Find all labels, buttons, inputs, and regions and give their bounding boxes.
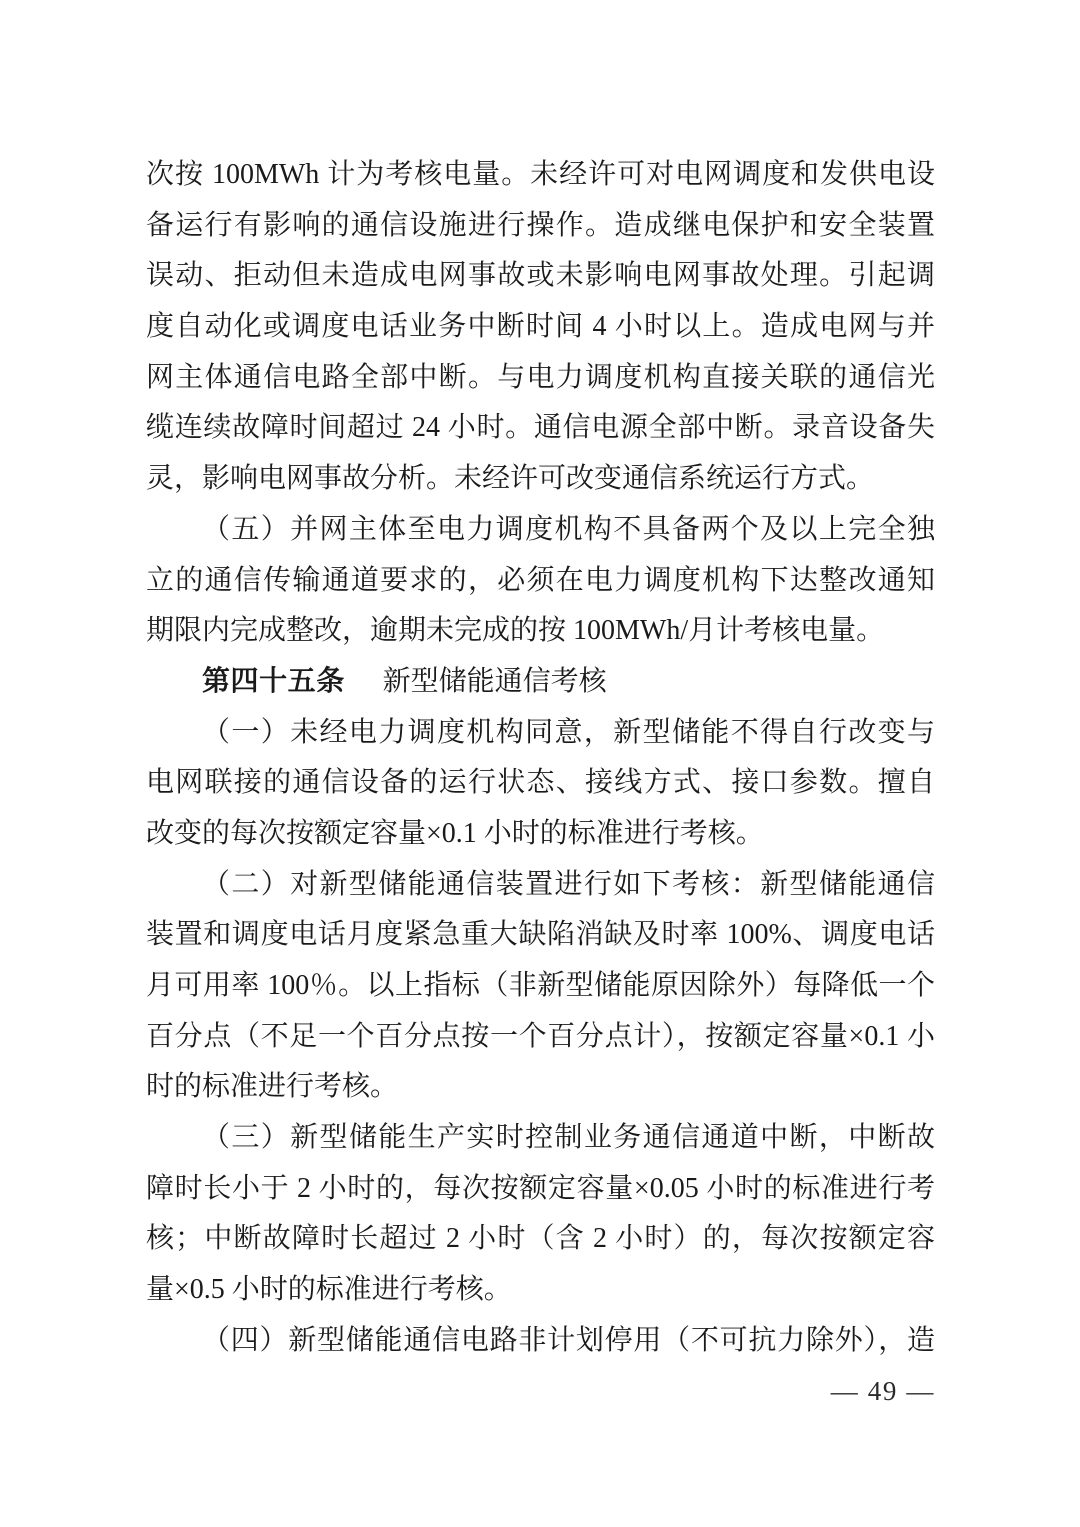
text-line: 电网联接的通信设备的运行状态、接线方式、接口参数。擅自 [146, 758, 935, 809]
text-line: 网主体通信电路全部中断。与电力调度机构直接关联的通信光 [146, 353, 935, 404]
text-line-item-2: （二）对新型储能通信装置进行如下考核：新型储能通信 [146, 860, 935, 911]
text-line: 装置和调度电话月度紧急重大缺陷消缺及时率 100%、调度电话 [146, 910, 935, 961]
text-line-item-1: （一）未经电力调度机构同意，新型储能不得自行改变与 [146, 708, 935, 759]
text-line: 量×0.5 小时的标准进行考核。 [146, 1265, 935, 1316]
text-line: 度自动化或调度电话业务中断时间 4 小时以上。造成电网与并 [146, 302, 935, 353]
text-line: 立的通信传输通道要求的，必须在电力调度机构下达整改通知 [146, 556, 935, 607]
text-line: 误动、拒动但未造成电网事故或未影响电网事故处理。引起调 [146, 251, 935, 302]
text-line: 备运行有影响的通信设施进行操作。造成继电保护和安全装置 [146, 201, 935, 252]
text-line: 百分点（不足一个百分点按一个百分点计），按额定容量×0.1 小 [146, 1012, 935, 1063]
text-line: 障时长小于 2 小时的，每次按额定容量×0.05 小时的标准进行考 [146, 1164, 935, 1215]
article-heading: 第四十五条新型储能通信考核 [146, 657, 935, 708]
text-line: 月可用率 100％。以上指标（非新型储能原因除外）每降低一个 [146, 961, 935, 1012]
page-number: — 49 — [831, 1375, 935, 1407]
text-line: 核；中断故障时长超过 2 小时（含 2 小时）的，每次按额定容 [146, 1214, 935, 1265]
text-line: 期限内完成整改，逾期未完成的按 100MWh/月计考核电量。 [146, 606, 935, 657]
document-page: 次按 100MWh 计为考核电量。未经许可对电网调度和发供电设 备运行有影响的通… [0, 0, 1080, 1527]
text-line-item-4: （四）新型储能通信电路非计划停用（不可抗力除外），造 [146, 1316, 935, 1367]
text-line-item-5: （五）并网主体至电力调度机构不具备两个及以上完全独 [146, 505, 935, 556]
text-line: 缆连续故障时间超过 24 小时。通信电源全部中断。录音设备失 [146, 403, 935, 454]
article-title: 新型储能通信考核 [383, 666, 607, 697]
text-line-item-3: （三）新型储能生产实时控制业务通信通道中断，中断故 [146, 1113, 935, 1164]
page-body-text: 次按 100MWh 计为考核电量。未经许可对电网调度和发供电设 备运行有影响的通… [146, 150, 935, 1367]
text-line: 时的标准进行考核。 [146, 1062, 935, 1113]
article-number: 第四十五条 [202, 666, 345, 697]
text-line: 次按 100MWh 计为考核电量。未经许可对电网调度和发供电设 [146, 150, 935, 201]
text-line: 改变的每次按额定容量×0.1 小时的标准进行考核。 [146, 809, 935, 860]
text-line: 灵，影响电网事故分析。未经许可改变通信系统运行方式。 [146, 454, 935, 505]
